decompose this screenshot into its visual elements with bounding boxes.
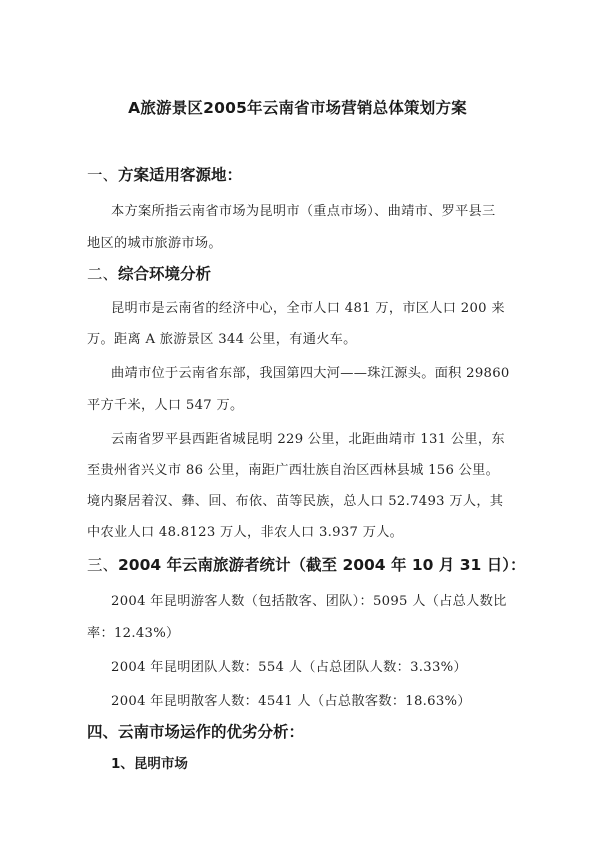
paragraph-line: 云南省罗平县西距省城昆明 229 公里，北距曲靖市 131 公里，东 — [111, 428, 505, 447]
paragraph-line: 本方案所指云南省市场为昆明市（重点市场）、曲靖市、罗平县三 — [111, 200, 496, 219]
section-number: 一、 — [87, 166, 118, 184]
paragraph-line: 境内聚居着汉、彝、回、布依、苗等民族，总人口 52.7493 万人，其 — [87, 490, 503, 509]
paragraph-line: 昆明市是云南省的经济中心，全市人口 481 万，市区人口 200 来 — [111, 297, 505, 316]
paragraph-line: 万。距离 A 旅游景区 344 公里，有通火车。 — [87, 328, 357, 347]
section-number: 二、 — [87, 265, 118, 283]
statistic-line: 2004 年昆明团队人数：554 人（占总团队人数：3.33%） — [111, 656, 467, 675]
document-title: A旅游景区2005年云南省市场营销总体策划方案 — [0, 96, 595, 118]
paragraph-line: 至贵州省兴义市 86 公里，南距广西壮族自治区西林县城 156 公里。 — [87, 459, 499, 478]
section-number: 四、 — [87, 723, 118, 741]
statistic-line: 率：12.43%） — [87, 622, 180, 641]
section-number: 三、 — [87, 556, 118, 574]
section-title: 方案适用客源地： — [118, 166, 242, 184]
section-1-heading: 一、方案适用客源地： — [87, 163, 242, 185]
section-4-heading: 四、云南市场运作的优劣分析： — [87, 720, 304, 742]
paragraph-line: 地区的城市旅游市场。 — [87, 232, 222, 251]
section-2-heading: 二、综合环境分析 — [87, 262, 211, 284]
document-page: A旅游景区2005年云南省市场营销总体策划方案 一、方案适用客源地： 本方案所指… — [0, 0, 595, 842]
section-title: 云南市场运作的优劣分析： — [118, 723, 304, 741]
section-title: 综合环境分析 — [118, 265, 211, 283]
paragraph-line: 中农业人口 48.8123 万人，非农人口 3.937 万人。 — [87, 521, 403, 540]
paragraph-line: 平方千米，人口 547 万。 — [87, 394, 243, 413]
section-title: 2004 年云南旅游者统计（截至 2004 年 10 月 31 日）： — [118, 556, 525, 574]
statistic-line: 2004 年昆明游客人数（包括散客、团队）：5095 人（占总人数比 — [111, 590, 507, 609]
statistic-line: 2004 年昆明散客人数：4541 人（占总散客数：18.63%） — [111, 690, 471, 709]
subsection-heading: 1、昆明市场 — [111, 752, 188, 772]
paragraph-line: 曲靖市位于云南省东部，我国第四大河——珠江源头。面积 29860 — [111, 362, 510, 381]
section-3-heading: 三、2004 年云南旅游者统计（截至 2004 年 10 月 31 日）： — [87, 553, 525, 575]
